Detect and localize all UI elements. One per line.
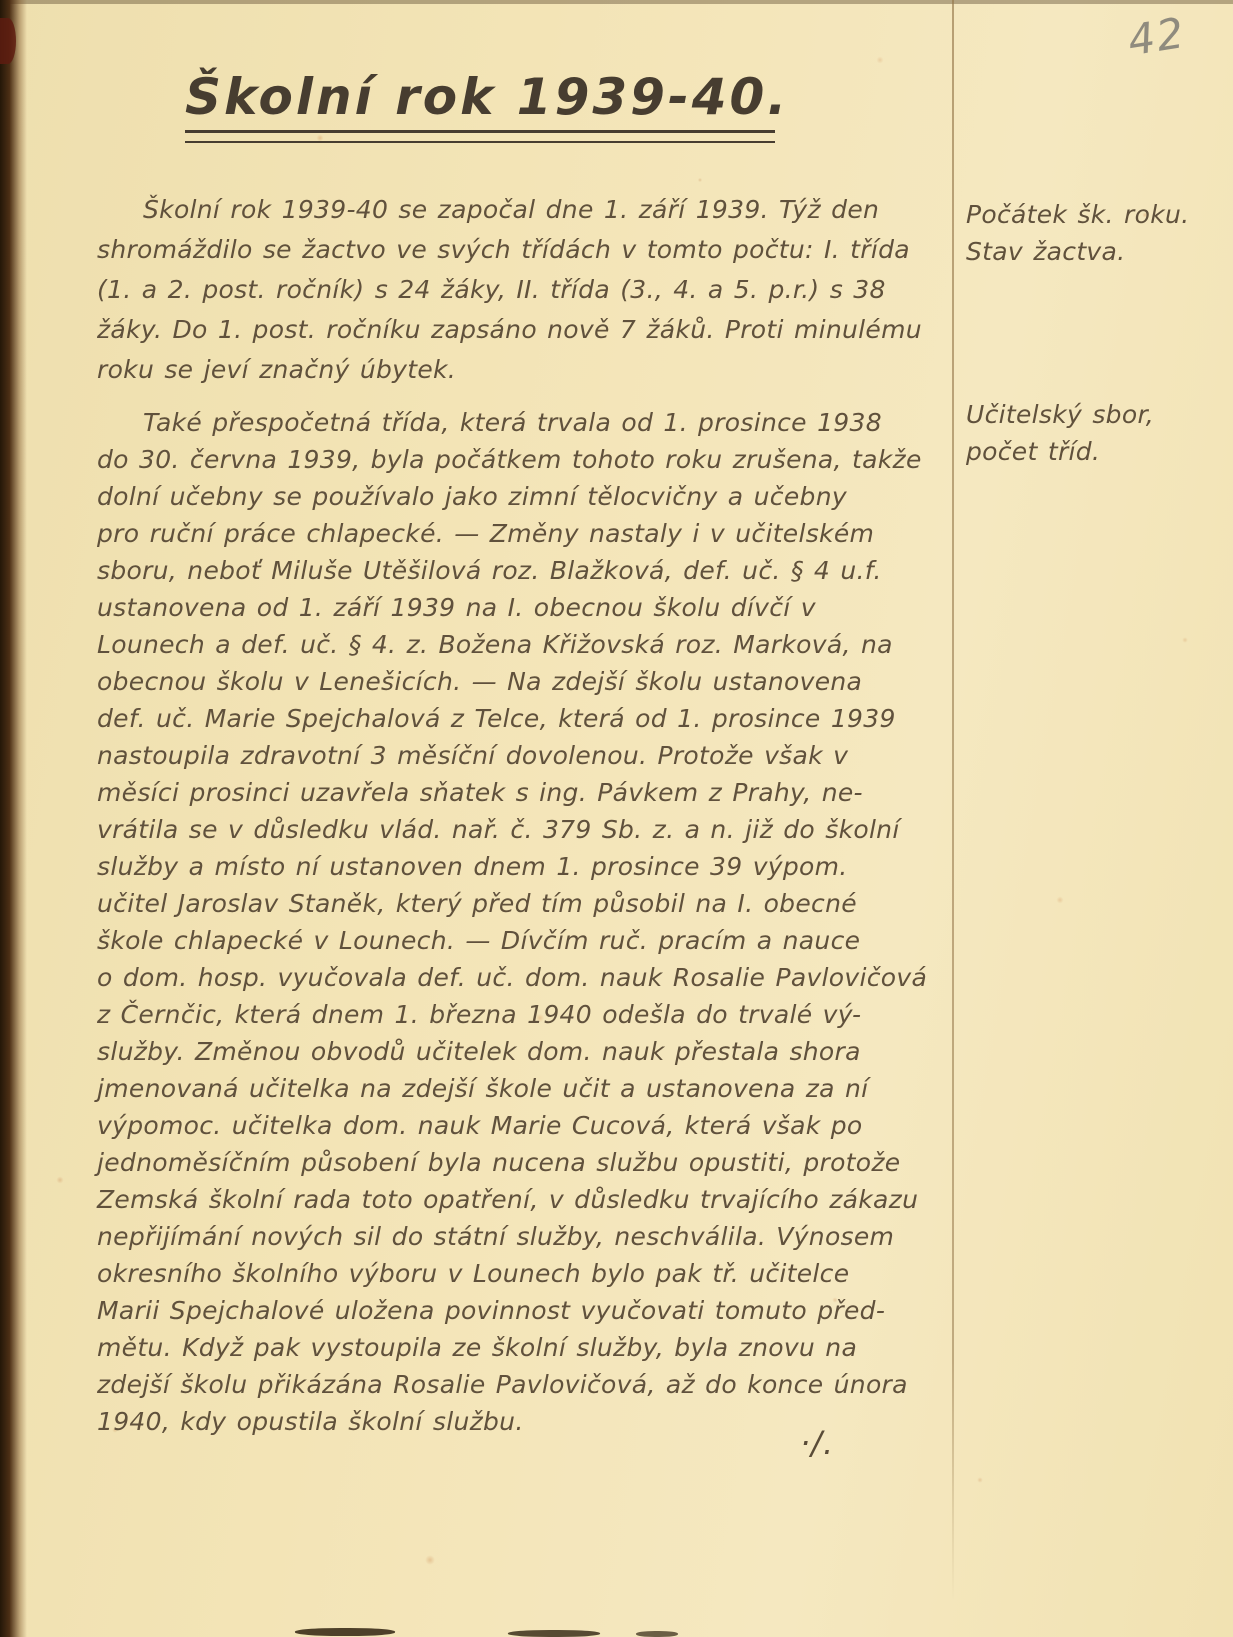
text-line: Školní rok 1939-40 se započal dne 1. zář… [97,190,957,230]
text-line: služby. Změnou obvodů učitelek dom. nauk… [97,1033,957,1070]
text-line: shromáždilo se žactvo ve svých třídách v… [97,230,957,270]
text-line: vrátila se v důsledku vlád. nař. č. 379 … [97,811,957,848]
text-line: učitel Jaroslav Staněk, který před tím p… [97,885,957,922]
margin-note-school-year: Počátek šk. roku. Stav žactva. [966,196,1189,270]
page-title: Školní rok 1939-40. [185,68,775,126]
text-line: zdejší školu přikázána Rosalie Pavlovičo… [97,1366,957,1403]
text-line: jmenovaná učitelka na zdejší škole učit … [97,1070,957,1107]
text-line: (1. a 2. post. ročník) s 24 žáky, II. tř… [97,270,957,310]
text-line: sboru, neboť Miluše Utěšilová roz. Blažk… [97,552,957,589]
text-line: do 30. června 1939, byla počátkem tohoto… [97,441,957,478]
text-line: Marii Spejchalové uložena povinnost vyuč… [97,1292,957,1329]
text-line: jednoměsíčním působení byla nucena služb… [97,1144,957,1181]
margin-note-line: Počátek šk. roku. [966,196,1189,233]
text-line: ustanovena od 1. září 1939 na I. obecnou… [97,589,957,626]
end-mark: ·/. [800,1424,834,1462]
text-line: žáky. Do 1. post. ročníku zapsáno nově 7… [97,310,957,350]
title-underline [185,130,775,143]
text-line: z Černčic, která dnem 1. března 1940 ode… [97,996,957,1033]
scan-bottom-artifact [508,1630,600,1637]
text-line: obecnou školu v Lenešicích. — Na zdejší … [97,663,957,700]
chronicle-page: 42 Školní rok 1939-40. Školní rok 1939-4… [0,0,1233,1637]
text-line: škole chlapecké v Lounech. — Dívčím ruč.… [97,922,957,959]
text-line: o dom. hosp. vyučovala def. uč. dom. nau… [97,959,957,996]
text-line: výpomoc. učitelka dom. nauk Marie Cucová… [97,1107,957,1144]
text-line: nepřijímání nových sil do státní služby,… [97,1218,957,1255]
margin-note-line: Učitelský sbor, [966,396,1154,433]
title-block: Školní rok 1939-40. [185,68,775,143]
text-line: nastoupila zdravotní 3 měsíční dovolenou… [97,737,957,774]
scan-top-edge [0,0,1233,4]
scan-bottom-artifact [636,1631,678,1637]
scan-edge-blotch [0,18,16,64]
text-line: Také přespočetná třída, která trvala od … [97,404,957,441]
page-number: 42 [1124,8,1188,65]
text-line: mětu. Když pak vystoupila ze školní služ… [97,1329,957,1366]
text-line: dolní učebny se používalo jako zimní těl… [97,478,957,515]
text-line: měsíci prosinci uzavřela sňatek s ing. P… [97,774,957,811]
text-line: pro ruční práce chlapecké. — Změny nasta… [97,515,957,552]
paragraph-teaching-staff: Také přespočetná třída, která trvala od … [97,404,957,1440]
text-line: roku se jeví značný úbytek. [97,350,957,390]
chronicle-entry: Školní rok 1939-40 se započal dne 1. zář… [97,190,957,1440]
text-line: Lounech a def. uč. § 4. z. Božena Křižov… [97,626,957,663]
margin-note-line: Stav žactva. [966,233,1189,270]
text-line: Zemská školní rada toto opatření, v důsl… [97,1181,957,1218]
scan-left-edge [0,0,27,1637]
text-line: okresního školního výboru v Lounech bylo… [97,1255,957,1292]
margin-note-line: počet tříd. [966,433,1154,470]
text-line: služby a místo ní ustanoven dnem 1. pros… [97,848,957,885]
paragraph-school-year-start: Školní rok 1939-40 se započal dne 1. zář… [97,190,957,390]
scan-bottom-artifact [295,1628,395,1636]
text-line: def. uč. Marie Spejchalová z Telce, kter… [97,700,957,737]
margin-note-teachers: Učitelský sbor, počet tříd. [966,396,1154,470]
